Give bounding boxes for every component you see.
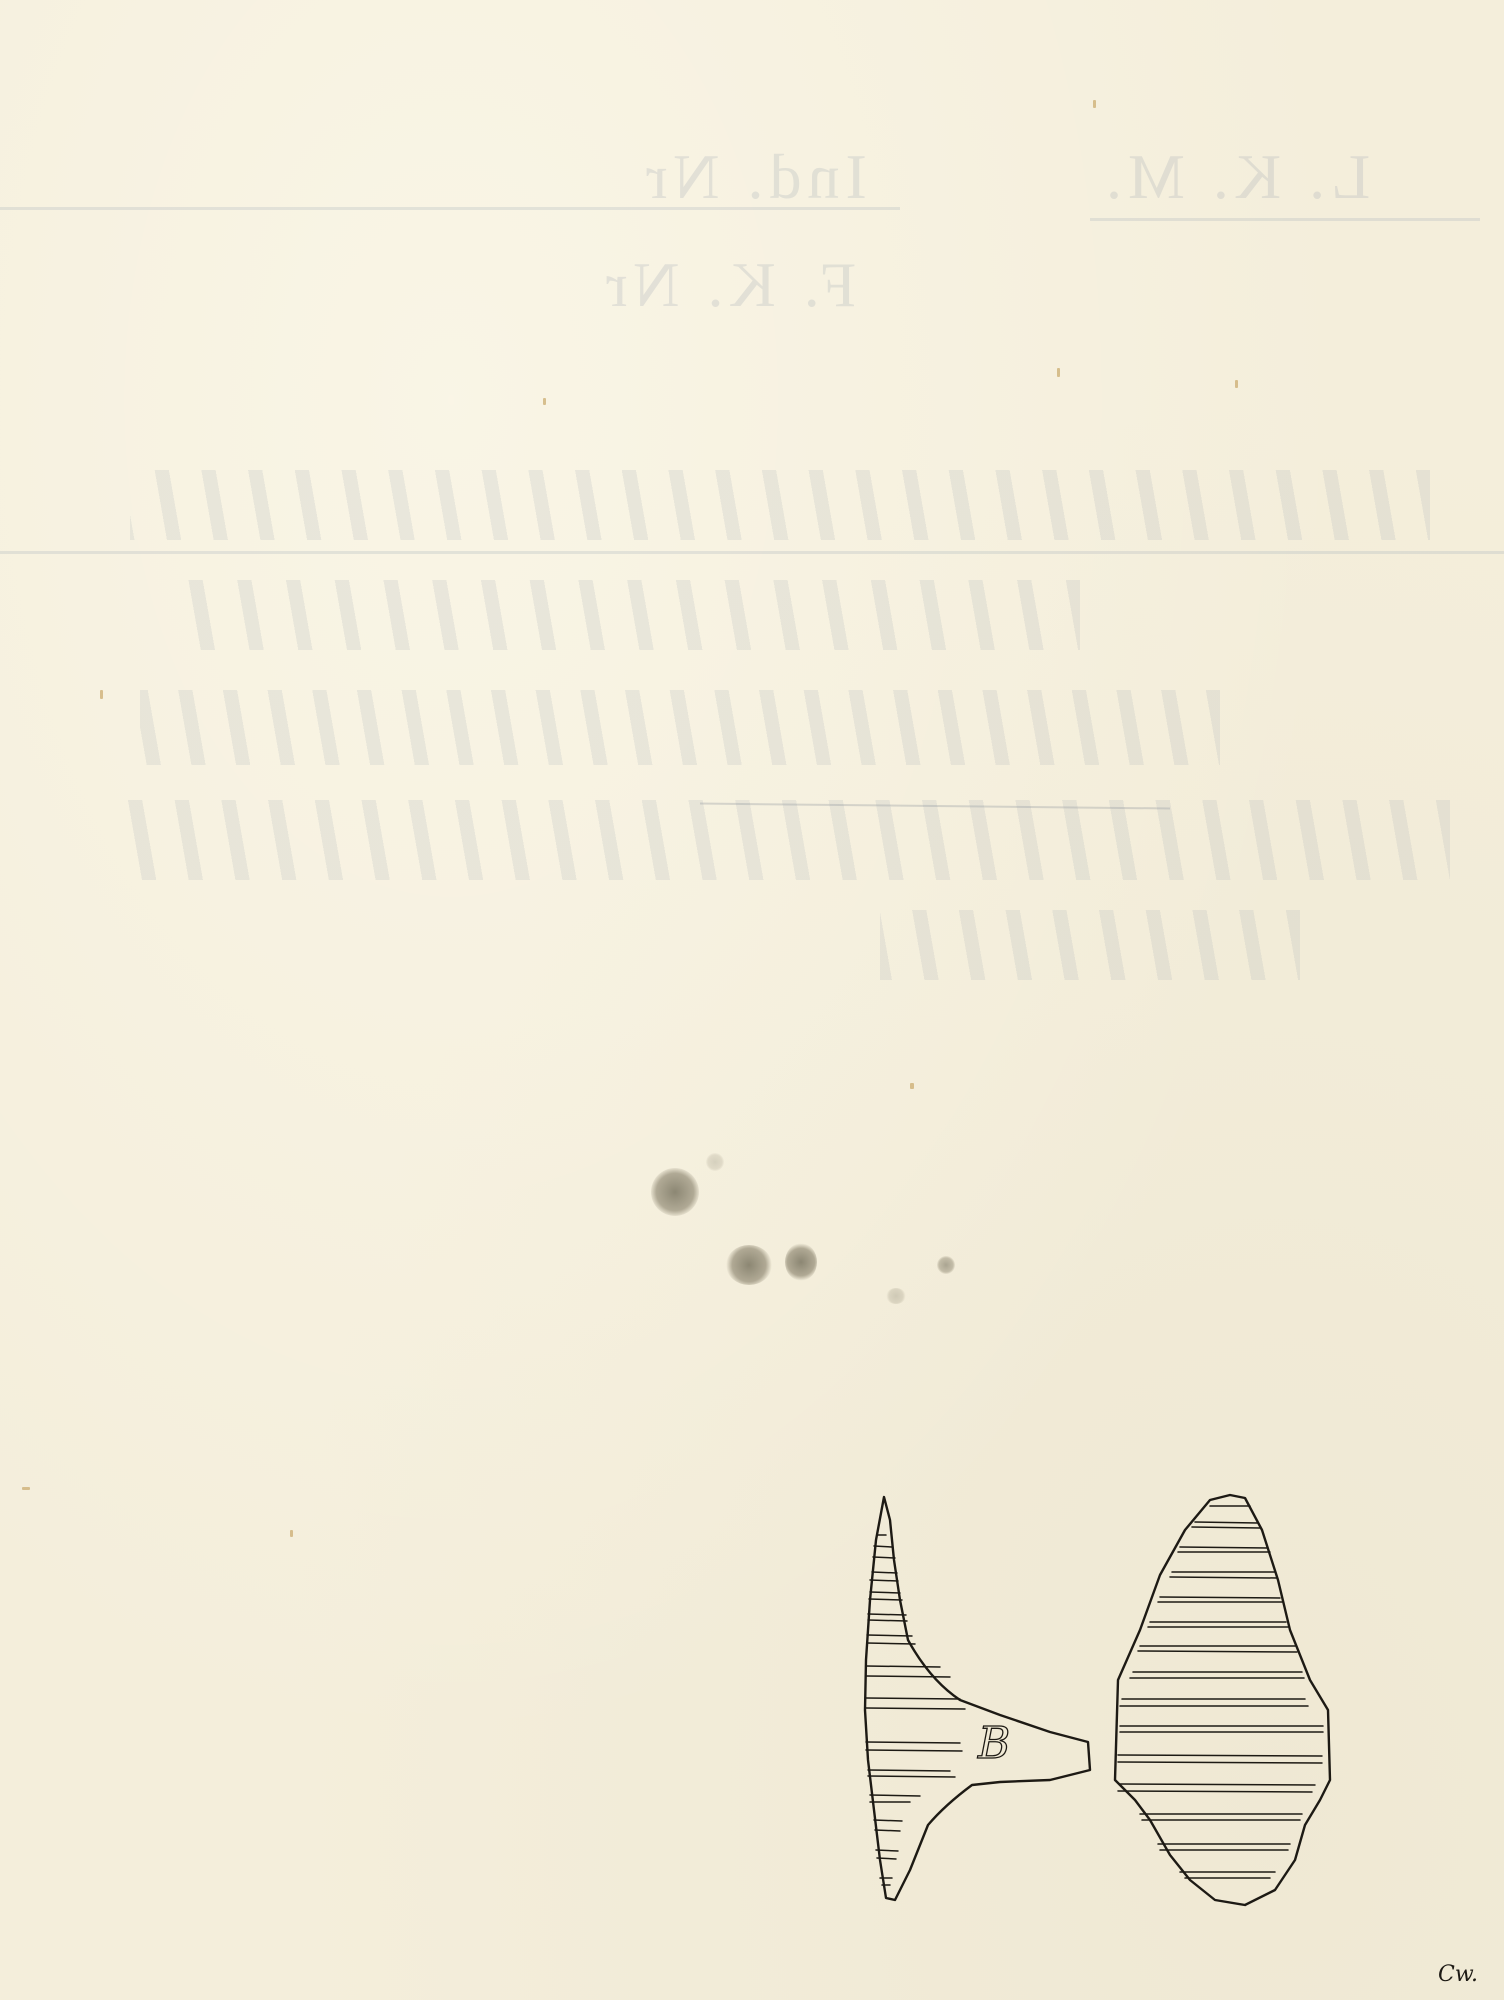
paper-fleck (22, 1487, 30, 1490)
stain (886, 1288, 906, 1304)
paper-fleck (290, 1530, 293, 1537)
bleed-header-mid: Ind. Nr (640, 140, 867, 214)
bleed-header-left: L. K. M. (1100, 140, 1370, 214)
stain (726, 1245, 772, 1285)
stain (651, 1168, 699, 1216)
bleed-hand-line-4 (120, 800, 1450, 880)
stain (937, 1256, 955, 1274)
paper-fleck (1235, 380, 1238, 388)
stain (706, 1153, 724, 1171)
side-profile-label: B (977, 1718, 1010, 1769)
bleed-hand-line-3 (140, 690, 1220, 765)
paper-fleck (910, 1083, 914, 1089)
paper-fleck (100, 690, 103, 699)
bleed-header-sub: F. K. Nr (600, 248, 856, 322)
paper-fleck (1093, 100, 1096, 108)
bleed-hand-line-5 (880, 910, 1300, 980)
paper-fleck (1057, 368, 1060, 377)
bleed-rule-header-right (1090, 218, 1480, 221)
bleed-hand-line-2 (180, 580, 1080, 650)
bleed-hand-line-1 (130, 470, 1430, 540)
artifact-drawing: B (850, 1480, 1350, 1925)
stain (785, 1243, 817, 1281)
bleed-rule-body (0, 551, 1504, 554)
signature-mark: Cw. (1438, 1962, 1478, 1987)
paper-fleck (543, 398, 546, 405)
